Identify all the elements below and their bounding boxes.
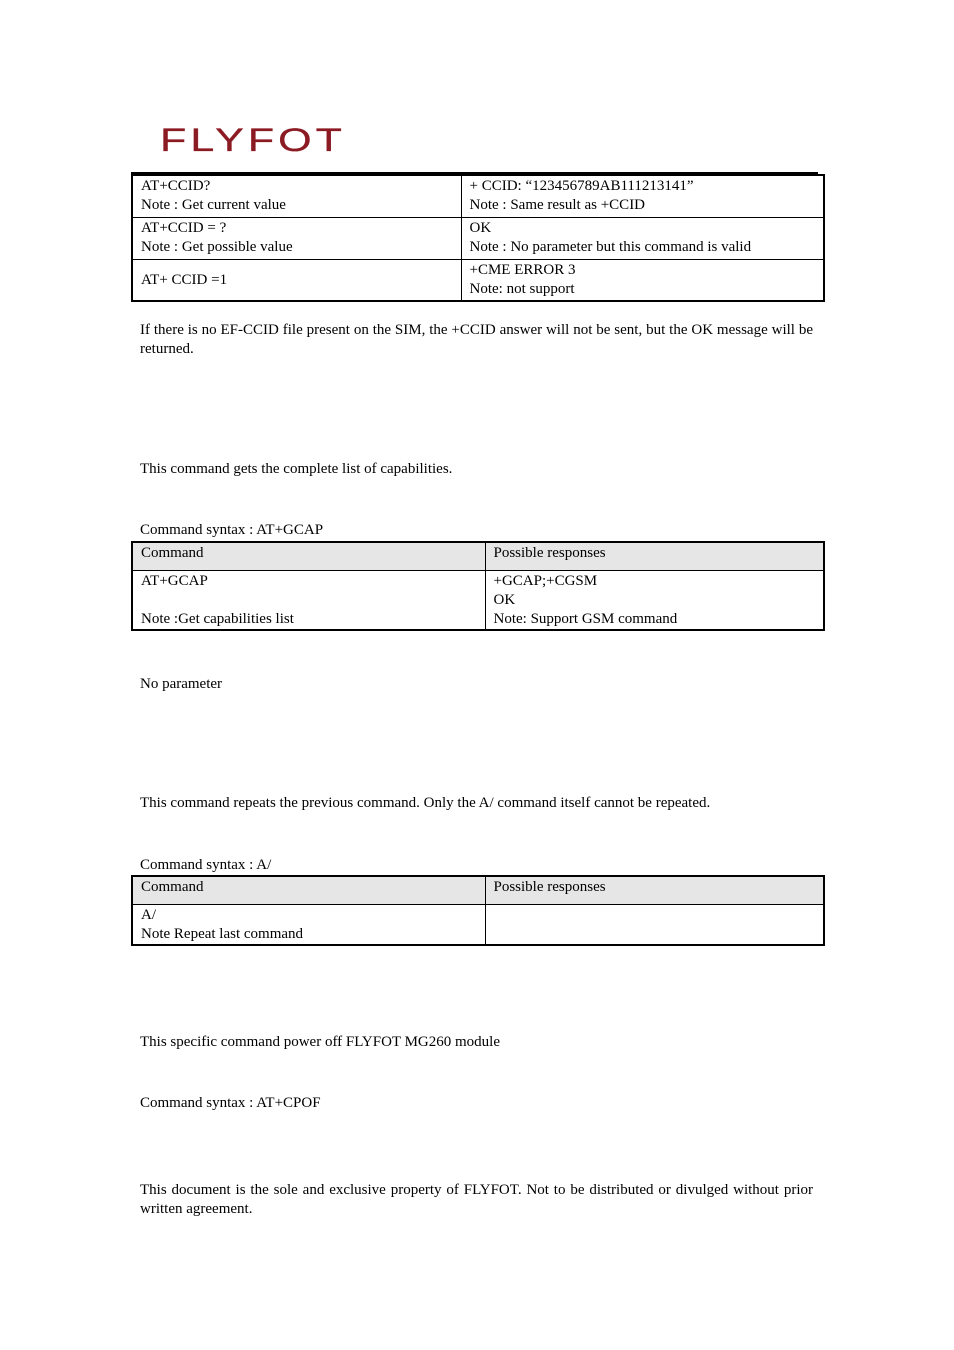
- header-responses: Possible responses: [485, 876, 824, 905]
- response-cell: OK Note : No parameter but this command …: [461, 217, 824, 259]
- table-row: AT+CCID? Note : Get current value + CCID…: [132, 175, 824, 217]
- command-cell: A/ Note Repeat last command: [132, 905, 485, 946]
- repeat-description: This command repeats the previous comman…: [140, 794, 813, 813]
- table-row: A/ Note Repeat last command: [132, 905, 824, 946]
- table-row: AT+GCAP Note :Get capabilities list +GCA…: [132, 571, 824, 631]
- response-cell: +CME ERROR 3 Note: not support: [461, 259, 824, 301]
- table-row: AT+ CCID =1 +CME ERROR 3 Note: not suppo…: [132, 259, 824, 301]
- command-cell: AT+CCID = ? Note : Get possible value: [132, 217, 461, 259]
- command-cell: AT+GCAP Note :Get capabilities list: [132, 571, 485, 631]
- ccid-command-table: AT+CCID? Note : Get current value + CCID…: [131, 174, 825, 302]
- repeat-syntax: Command syntax : A/: [140, 856, 813, 875]
- table-row: AT+CCID = ? Note : Get possible value OK…: [132, 217, 824, 259]
- flyfot-logo-icon: FLYFOT: [160, 124, 350, 156]
- response-cell: +GCAP;+CGSM OK Note: Support GSM command: [485, 571, 824, 631]
- response-cell: [485, 905, 824, 946]
- confidentiality-notice: This document is the sole and exclusive …: [140, 1181, 813, 1219]
- command-cell: AT+CCID? Note : Get current value: [132, 175, 461, 217]
- header-responses: Possible responses: [485, 542, 824, 571]
- header-command: Command: [132, 876, 485, 905]
- gcap-command-table: Command Possible responses AT+GCAP Note …: [131, 541, 825, 631]
- ccid-note-paragraph: If there is no EF-CCID file present on t…: [140, 321, 813, 359]
- repeat-command-table: Command Possible responses A/ Note Repea…: [131, 875, 825, 946]
- gcap-parameters: No parameter: [140, 675, 813, 694]
- table-header-row: Command Possible responses: [132, 876, 824, 905]
- gcap-description: This command gets the complete list of c…: [140, 460, 813, 479]
- flyfot-logo: FLYFOT: [160, 124, 350, 156]
- cpof-syntax: Command syntax : AT+CPOF: [140, 1094, 813, 1113]
- svg-text:FLYFOT: FLYFOT: [160, 124, 346, 156]
- command-cell: AT+ CCID =1: [132, 259, 461, 301]
- gcap-syntax: Command syntax : AT+GCAP: [140, 521, 813, 540]
- response-cell: + CCID: “123456789AB111213141” Note : Sa…: [461, 175, 824, 217]
- header-command: Command: [132, 542, 485, 571]
- cpof-description: This specific command power off FLYFOT M…: [140, 1033, 813, 1052]
- table-header-row: Command Possible responses: [132, 542, 824, 571]
